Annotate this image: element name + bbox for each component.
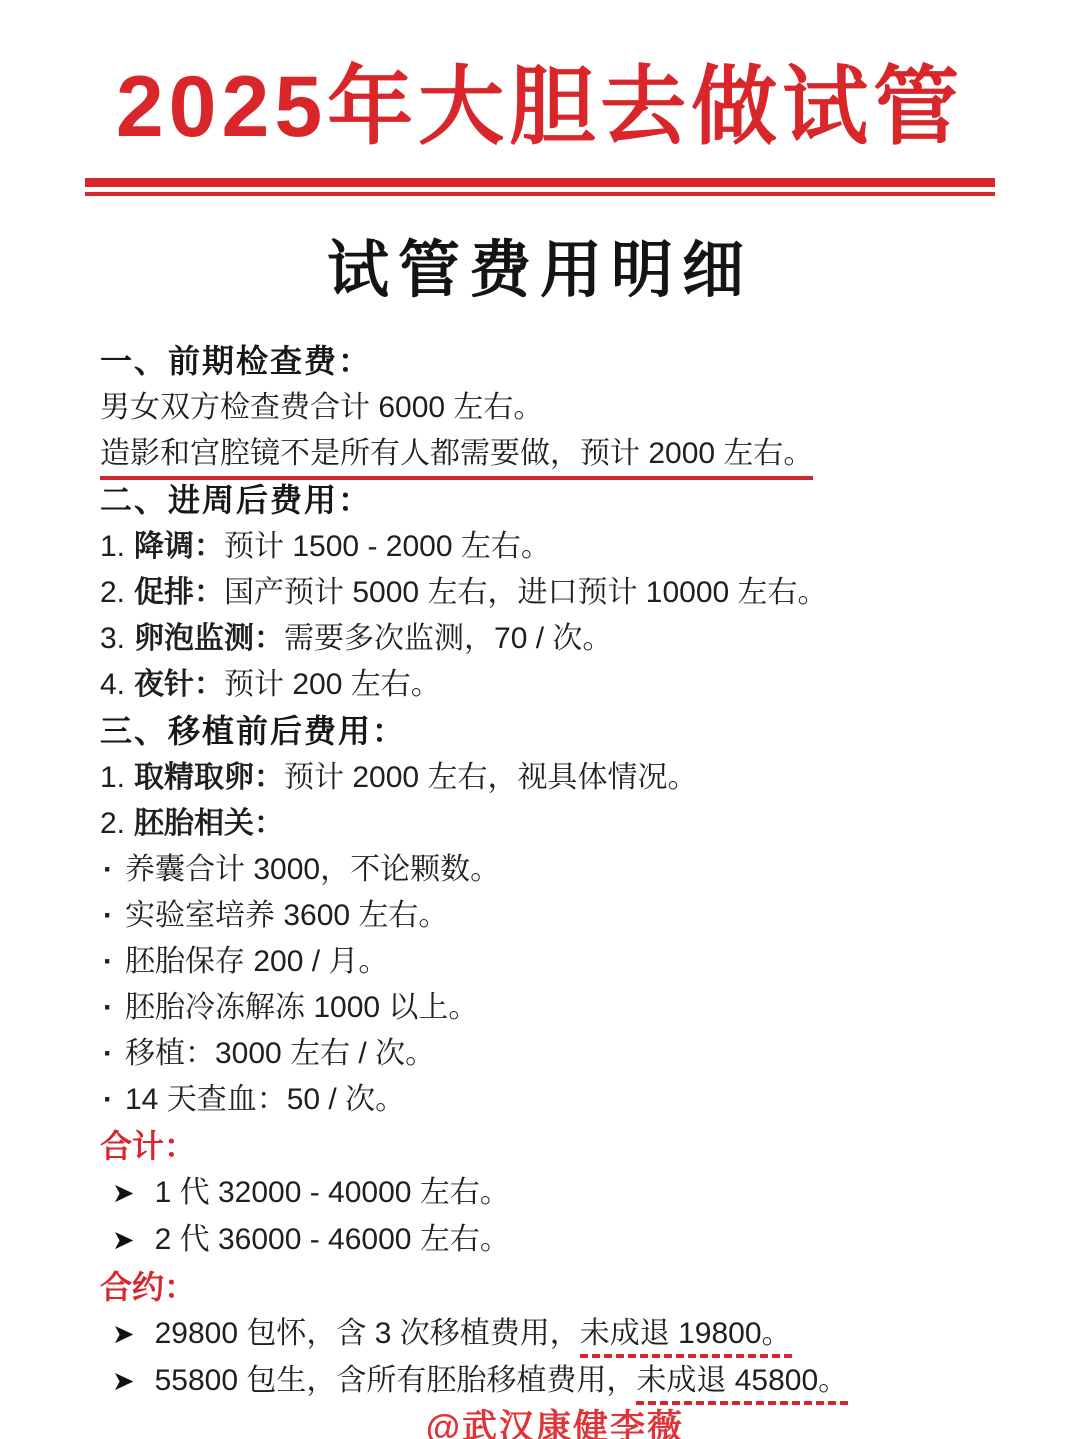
bullet-text: 养囊合计 3000，不论颗数。 bbox=[125, 853, 500, 886]
refund-highlight: 未成退 19800。 bbox=[580, 1318, 792, 1358]
bullet-text: 14 天查血：50 / 次。 bbox=[125, 1083, 405, 1116]
item-label: 促排： bbox=[134, 576, 224, 609]
contract-text: 55800 包生，含所有胚胎移植费用， bbox=[155, 1364, 637, 1397]
item-label: 夜针： bbox=[134, 668, 224, 701]
contract-item-2: ➤55800 包生，含所有胚胎移植费用，未成退 45800。 bbox=[100, 1365, 1010, 1397]
arrow-bullet-icon: ➤ bbox=[112, 1319, 135, 1350]
embryo-bullet-3: ·胚胎保存 200 / 月。 bbox=[100, 946, 1010, 977]
embryo-bullet-2: ·实验室培养 3600 左右。 bbox=[100, 900, 1010, 931]
poster-body: 一、前期检查费： 男女双方检查费合计 6000 左右。 造影和宫腔镜不是所有人都… bbox=[0, 309, 1080, 1439]
page-title: 2025年大胆去做试管 bbox=[0, 62, 1080, 152]
contract-item-1: ➤29800 包怀，含 3 次移植费用，未成退 19800。 bbox=[100, 1318, 1010, 1350]
arrow-bullet-icon: ➤ bbox=[112, 1366, 135, 1397]
in-cycle-item-1: 1.降调：预计 1500 - 2000 左右。 bbox=[100, 531, 1010, 562]
transplant-item-1: 1.取精取卵：预计 2000 左右，视具体情况。 bbox=[100, 762, 1010, 793]
arrow-bullet-icon: ➤ bbox=[112, 1225, 135, 1256]
embryo-bullet-4: ·胚胎冷冻解冻 1000 以上。 bbox=[100, 992, 1010, 1023]
item-text: 预计 200 左右。 bbox=[224, 668, 441, 701]
item-number: 2. bbox=[100, 576, 125, 609]
dot-bullet-icon: · bbox=[103, 900, 125, 931]
page-subtitle: 试管费用明细 bbox=[0, 220, 1080, 309]
item-text: 预计 1500 - 2000 左右。 bbox=[224, 530, 551, 563]
dot-bullet-icon: · bbox=[103, 1038, 125, 1069]
item-number: 4. bbox=[100, 668, 125, 701]
dot-bullet-icon: · bbox=[103, 1084, 125, 1115]
dot-bullet-icon: · bbox=[103, 992, 125, 1023]
pre-exam-total-line: 男女双方检查费合计 6000 左右。 bbox=[100, 392, 1010, 423]
title-divider bbox=[85, 178, 995, 196]
in-cycle-item-4: 4.夜针：预计 200 左右。 bbox=[100, 669, 1010, 700]
red-underlined-text: 造影和宫腔镜不是所有人都需要做，预计 2000 左右。 bbox=[100, 438, 813, 480]
total-item-2: ➤2 代 36000 - 46000 左右。 bbox=[100, 1224, 1010, 1256]
embryo-bullet-6: ·14 天查血：50 / 次。 bbox=[100, 1084, 1010, 1115]
item-number: 3. bbox=[100, 622, 125, 655]
bullet-text: 移植：3000 左右 / 次。 bbox=[125, 1037, 435, 1070]
bullet-text: 胚胎保存 200 / 月。 bbox=[125, 945, 388, 978]
item-number: 1. bbox=[100, 530, 125, 563]
total-item-1: ➤1 代 32000 - 40000 左右。 bbox=[100, 1177, 1010, 1209]
item-text: 国产预计 5000 左右，进口预计 10000 左右。 bbox=[224, 576, 828, 609]
section-heading-transplant: 三、移植前后费用： bbox=[100, 715, 1010, 748]
in-cycle-item-3: 3.卵泡监测：需要多次监测，70 / 次。 bbox=[100, 623, 1010, 654]
embryo-bullet-1: ·养囊合计 3000，不论颗数。 bbox=[100, 854, 1010, 885]
dot-bullet-icon: · bbox=[103, 854, 125, 885]
section-heading-in-cycle: 二、进周后费用： bbox=[100, 484, 1010, 517]
item-number: 1. bbox=[100, 761, 125, 794]
total-text: 2 代 36000 - 46000 左右。 bbox=[155, 1223, 510, 1256]
arrow-bullet-icon: ➤ bbox=[112, 1178, 135, 1209]
item-number: 2. bbox=[100, 807, 125, 840]
divider-thin-line bbox=[85, 192, 995, 196]
dot-bullet-icon: · bbox=[103, 946, 125, 977]
item-label: 胚胎相关： bbox=[134, 807, 284, 840]
item-label: 取精取卵： bbox=[134, 761, 284, 794]
contract-text: 29800 包怀，含 3 次移植费用， bbox=[155, 1317, 580, 1350]
contract-heading: 合约： bbox=[100, 1271, 1010, 1304]
refund-highlight: 未成退 45800。 bbox=[636, 1365, 848, 1405]
bullet-text: 实验室培养 3600 左右。 bbox=[125, 899, 448, 932]
author-credit: @武汉康健李薇 bbox=[100, 1412, 1010, 1439]
transplant-item-2: 2.胚胎相关： bbox=[100, 808, 1010, 839]
ivf-cost-poster: 2025年大胆去做试管 试管费用明细 一、前期检查费： 男女双方检查费合计 60… bbox=[0, 0, 1080, 1439]
in-cycle-item-2: 2.促排：国产预计 5000 左右，进口预计 10000 左右。 bbox=[100, 577, 1010, 608]
section-heading-pre-exam: 一、前期检查费： bbox=[100, 345, 1010, 378]
total-text: 1 代 32000 - 40000 左右。 bbox=[155, 1176, 510, 1209]
bullet-text: 胚胎冷冻解冻 1000 以上。 bbox=[125, 991, 478, 1024]
item-label: 卵泡监测： bbox=[134, 622, 284, 655]
item-text: 预计 2000 左右，视具体情况。 bbox=[284, 761, 697, 794]
pre-exam-optional-line: 造影和宫腔镜不是所有人都需要做，预计 2000 左右。 bbox=[100, 438, 1010, 469]
item-text: 需要多次监测，70 / 次。 bbox=[284, 622, 612, 655]
divider-thick-line bbox=[85, 178, 995, 187]
item-label: 降调： bbox=[134, 530, 224, 563]
total-heading: 合计： bbox=[100, 1130, 1010, 1163]
embryo-bullet-5: ·移植：3000 左右 / 次。 bbox=[100, 1038, 1010, 1069]
